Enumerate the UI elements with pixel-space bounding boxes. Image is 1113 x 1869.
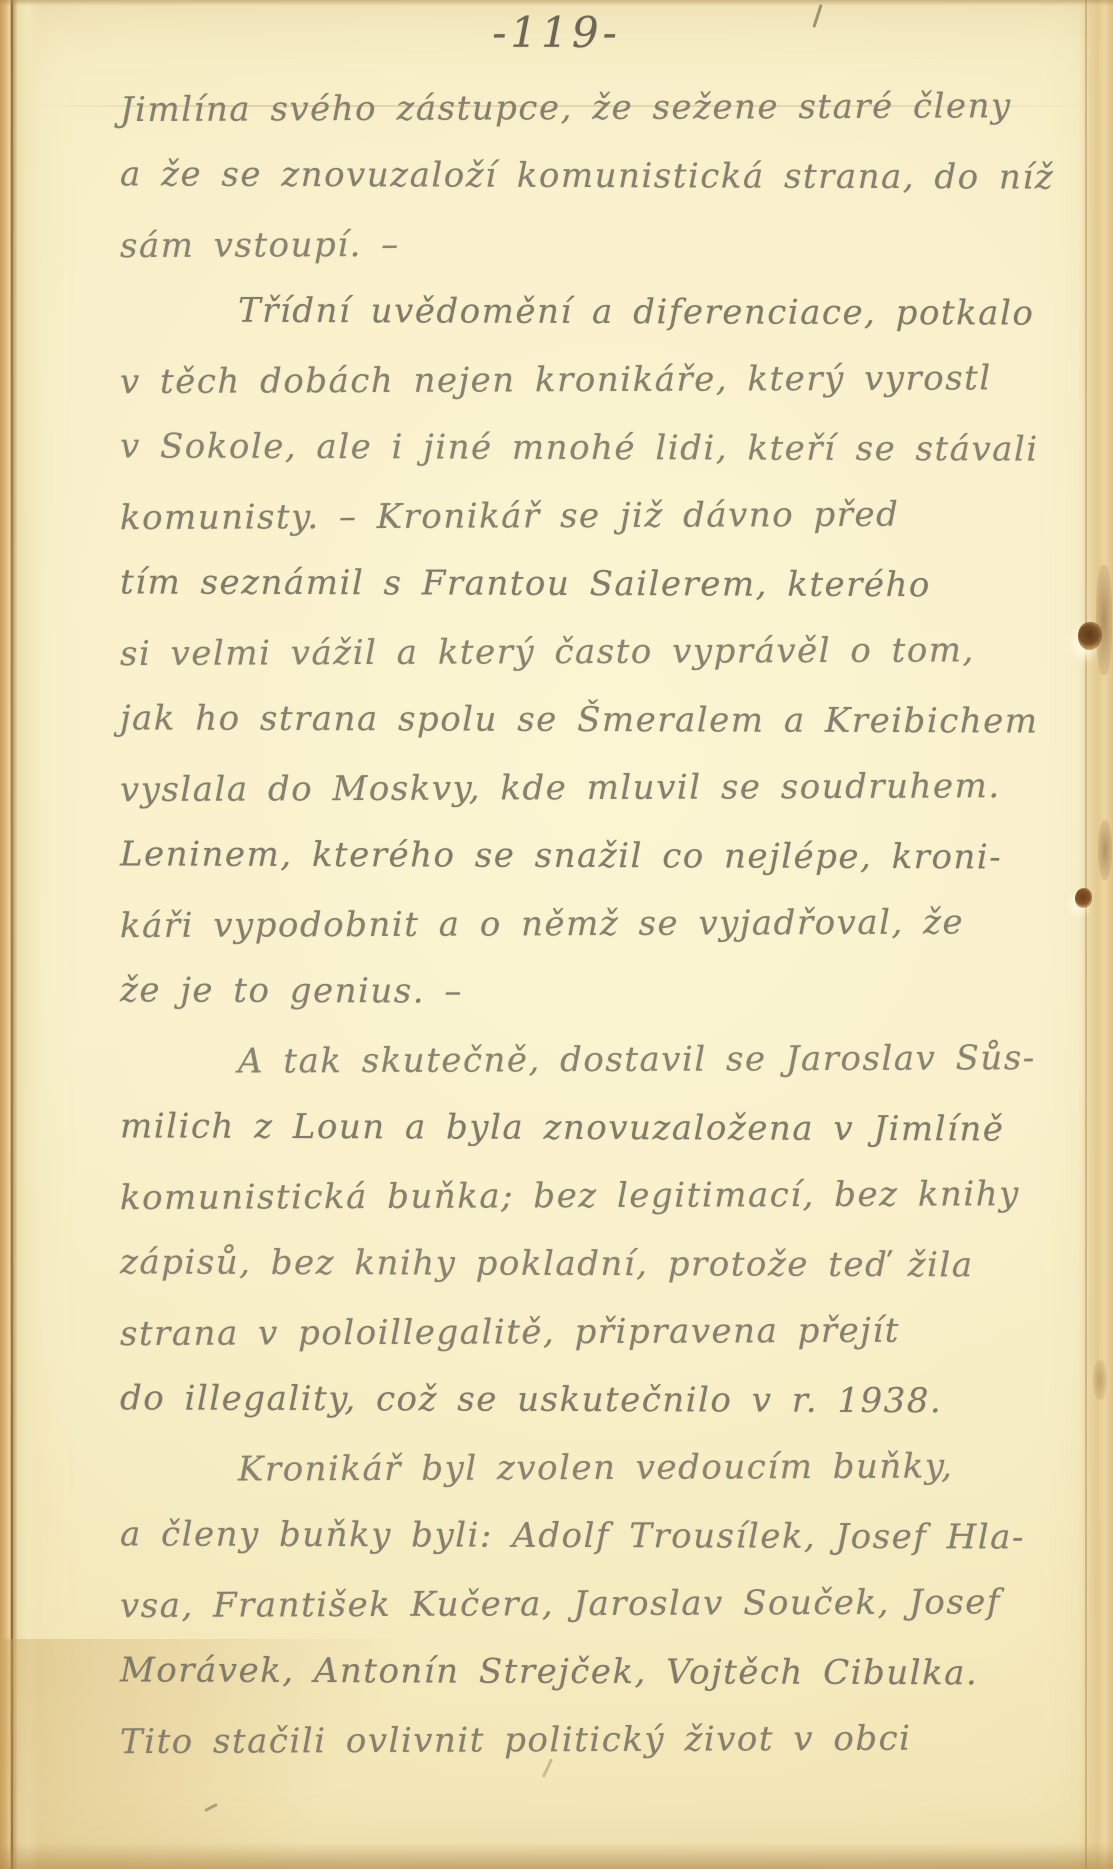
handwritten-line: zápisů, bez knihy pokladní, protože teď … [120, 1230, 1070, 1301]
handwritten-line: sám vstoupí. – [120, 210, 1070, 282]
left-binding-edge [0, 0, 40, 1869]
handwritten-line: a členy buňky byli: Adolf Trousílek, Jos… [120, 1502, 1070, 1573]
handwritten-line: vyslala do Moskvy, kde mluvil se soudruh… [120, 754, 1070, 826]
page-number: -119- [0, 8, 1113, 57]
handwritten-line: si velmi vážil a který často vyprávěl o … [120, 618, 1070, 690]
right-edge-line [1085, 0, 1087, 1869]
handwritten-line: v těch dobách nejen kronikáře, který vyr… [120, 346, 1070, 418]
binding-seam-line [11, 0, 13, 1869]
handwritten-line: Jimlína svého zástupce, že sežene staré … [120, 74, 1070, 146]
handwritten-text-block: Jimlína svého zástupce, že sežene staré … [120, 76, 1070, 1776]
handwritten-line: do illegality, což se uskutečnilo v r. 1… [120, 1366, 1070, 1437]
worm-hole-stain-lower [1075, 888, 1092, 908]
handwritten-line: strana v poloillegalitě, připravena přej… [120, 1298, 1070, 1370]
edge-stain-lower [1093, 1360, 1107, 1400]
edge-stain-middle [1098, 820, 1112, 880]
handwritten-line: jak ho strana spolu se Šmeralem a Kreibi… [120, 686, 1070, 757]
handwritten-line: a že se znovuzaloží komunistická strana,… [120, 142, 1070, 213]
handwritten-line: milich z Loun a byla znovuzaložena v Jim… [120, 1094, 1070, 1165]
handwritten-line: vsa, František Kučera, Jaroslav Souček, … [120, 1570, 1070, 1642]
handwritten-line: Tito stačili ovlivnit politický život v … [120, 1706, 1070, 1778]
handwritten-line: komunistická buňka; bez legitimací, bez … [120, 1162, 1070, 1234]
handwritten-line paragraph-start: Kronikář byl zvolen vedoucím buňky, [120, 1434, 1070, 1506]
handwritten-line: káři vypodobnit a o němž se vyjadřoval, … [120, 890, 1070, 962]
handwritten-line: komunisty. – Kronikář se již dávno před [120, 482, 1070, 554]
handwritten-line paragraph-start: A tak skutečně, dostavil se Jaroslav Sůs… [120, 1026, 1070, 1098]
edge-stain-upper [1096, 565, 1112, 675]
handwritten-line paragraph-start: Třídní uvědomění a diferenciace, potkalo [120, 278, 1070, 349]
handwritten-line: Morávek, Antonín Strejček, Vojtěch Cibul… [120, 1638, 1070, 1709]
handwritten-line: v Sokole, ale i jiné mnohé lidi, kteří s… [120, 414, 1070, 485]
handwritten-line: že je to genius. – [120, 958, 1070, 1029]
handwritten-line: tím seznámil s Frantou Sailerem, kterého [120, 550, 1070, 621]
top-edge-shadow [0, 0, 1113, 6]
scanned-chronicle-page: -119- Jimlína svého zástupce, že sežene … [0, 0, 1113, 1869]
handwritten-line: Leninem, kterého se snažil co nejlépe, k… [120, 822, 1070, 893]
